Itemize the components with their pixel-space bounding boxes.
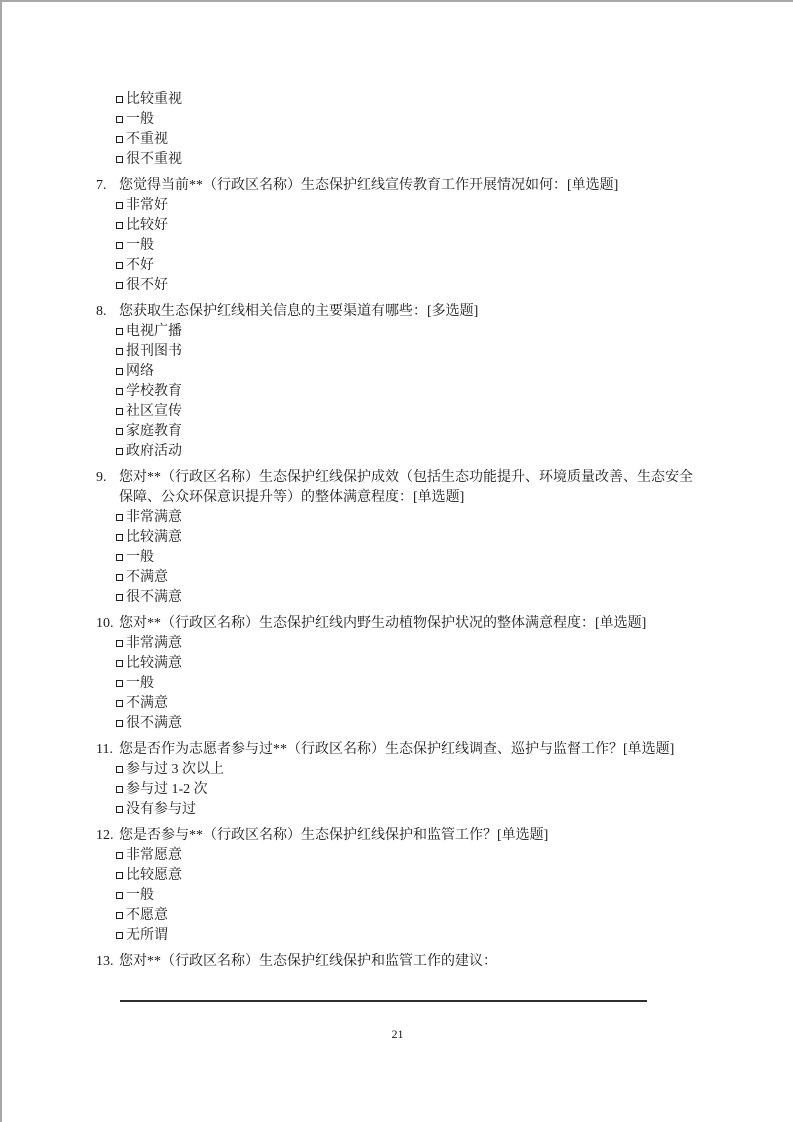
option-label: 政府活动 [126, 444, 182, 459]
question-item: 8.您获取生态保护红线相关信息的主要渠道有哪些：[多选题]电视广播报刊图书网络学… [2, 302, 793, 462]
checkbox-icon[interactable] [116, 766, 123, 773]
option-label: 很不满意 [126, 590, 182, 605]
option-item[interactable]: 不好 [116, 256, 793, 276]
option-label: 参与过 3 次以上 [126, 762, 224, 777]
option-item[interactable]: 一般 [116, 548, 793, 568]
option-group: 非常满意比较满意一般不满意很不满意 [116, 634, 793, 734]
option-item[interactable]: 很不好 [116, 276, 793, 296]
checkbox-icon[interactable] [116, 806, 123, 813]
checkbox-icon[interactable] [116, 574, 123, 581]
option-item[interactable]: 比较重视 [116, 90, 793, 110]
question-text: 您获取生态保护红线相关信息的主要渠道有哪些：[多选题] [119, 302, 705, 322]
question-header: 9.您对**（行政区名称）生态保护红线保护成效（包括生态功能提升、环境质量改善、… [96, 468, 705, 508]
option-label: 一般 [126, 676, 154, 691]
checkbox-icon[interactable] [116, 428, 123, 435]
checkbox-icon[interactable] [116, 534, 123, 541]
checkbox-icon[interactable] [116, 408, 123, 415]
checkbox-icon[interactable] [116, 156, 123, 163]
option-item[interactable]: 报刊图书 [116, 342, 793, 362]
option-item[interactable]: 很不重视 [116, 150, 793, 170]
option-item[interactable]: 一般 [116, 886, 793, 906]
option-label: 比较重视 [126, 92, 182, 107]
checkbox-icon[interactable] [116, 852, 123, 859]
option-item[interactable]: 家庭教育 [116, 422, 793, 442]
option-label: 比较满意 [126, 656, 182, 671]
option-label: 不满意 [126, 570, 168, 585]
checkbox-icon[interactable] [116, 448, 123, 455]
question-number: 7. [96, 176, 119, 196]
option-item[interactable]: 参与过 3 次以上 [116, 760, 793, 780]
option-group: 非常好比较好一般不好很不好 [116, 196, 793, 296]
checkbox-icon[interactable] [116, 720, 123, 727]
question-header: 7.您觉得当前**（行政区名称）生态保护红线宣传教育工作开展情况如何：[单选题] [96, 176, 705, 196]
option-label: 无所谓 [126, 928, 168, 943]
checkbox-icon[interactable] [116, 368, 123, 375]
option-label: 非常好 [126, 198, 168, 213]
option-label: 一般 [126, 112, 154, 127]
question-number: 8. [96, 302, 119, 322]
option-group: 参与过 3 次以上参与过 1-2 次没有参与过 [116, 760, 793, 820]
checkbox-icon[interactable] [116, 262, 123, 269]
option-item[interactable]: 很不满意 [116, 588, 793, 608]
option-label: 非常满意 [126, 636, 182, 651]
option-label: 没有参与过 [126, 802, 196, 817]
checkbox-icon[interactable] [116, 96, 123, 103]
question-list: 7.您觉得当前**（行政区名称）生态保护红线宣传教育工作开展情况如何：[单选题]… [2, 176, 793, 972]
option-item[interactable]: 比较满意 [116, 528, 793, 548]
question-item: 9.您对**（行政区名称）生态保护红线保护成效（包括生态功能提升、环境质量改善、… [2, 468, 793, 608]
checkbox-icon[interactable] [116, 660, 123, 667]
option-item[interactable]: 没有参与过 [116, 800, 793, 820]
checkbox-icon[interactable] [116, 680, 123, 687]
checkbox-icon[interactable] [116, 348, 123, 355]
option-item[interactable]: 电视广播 [116, 322, 793, 342]
checkbox-icon[interactable] [116, 700, 123, 707]
option-label: 一般 [126, 888, 154, 903]
question-header: 11.您是否作为志愿者参与过**（行政区名称）生态保护红线调查、巡护与监督工作？… [96, 740, 705, 760]
question-header: 10.您对**（行政区名称）生态保护红线内野生动植物保护状况的整体满意程度：[单… [96, 614, 705, 634]
option-label: 比较好 [126, 218, 168, 233]
checkbox-icon[interactable] [116, 222, 123, 229]
checkbox-icon[interactable] [116, 282, 123, 289]
option-label: 不好 [126, 258, 154, 273]
option-label: 报刊图书 [126, 344, 182, 359]
option-label: 家庭教育 [126, 424, 182, 439]
question-text: 您对**（行政区名称）生态保护红线保护和监管工作的建议： [119, 952, 705, 972]
option-item[interactable]: 参与过 1-2 次 [116, 780, 793, 800]
question-number: 10. [96, 614, 119, 634]
question-item: 12.您是否参与**（行政区名称）生态保护红线保护和监管工作？[单选题]非常愿意… [2, 826, 793, 946]
option-label: 一般 [126, 550, 154, 565]
option-label: 学校教育 [126, 384, 182, 399]
answer-line[interactable] [120, 1000, 647, 1002]
option-item[interactable]: 不满意 [116, 568, 793, 588]
option-item[interactable]: 不重视 [116, 130, 793, 150]
checkbox-icon[interactable] [116, 892, 123, 899]
question-item: 7.您觉得当前**（行政区名称）生态保护红线宣传教育工作开展情况如何：[单选题]… [2, 176, 793, 296]
checkbox-icon[interactable] [116, 388, 123, 395]
option-label: 比较满意 [126, 530, 182, 545]
option-label: 比较愿意 [126, 868, 182, 883]
question-number: 12. [96, 826, 119, 846]
option-item[interactable]: 政府活动 [116, 442, 793, 462]
option-label: 很不好 [126, 278, 168, 293]
question-text: 您对**（行政区名称）生态保护红线内野生动植物保护状况的整体满意程度：[单选题] [119, 614, 705, 634]
checkbox-icon[interactable] [116, 242, 123, 249]
question-header: 8.您获取生态保护红线相关信息的主要渠道有哪些：[多选题] [96, 302, 705, 322]
option-group: 非常愿意比较愿意一般不愿意无所谓 [116, 846, 793, 946]
question-text: 您觉得当前**（行政区名称）生态保护红线宣传教育工作开展情况如何：[单选题] [119, 176, 705, 196]
question-number: 13. [96, 952, 119, 972]
option-item[interactable]: 网络 [116, 362, 793, 382]
checkbox-icon[interactable] [116, 554, 123, 561]
option-label: 很不重视 [126, 152, 182, 167]
option-label: 参与过 1-2 次 [126, 782, 208, 797]
question-item: 10.您对**（行政区名称）生态保护红线内野生动植物保护状况的整体满意程度：[单… [2, 614, 793, 734]
option-label: 电视广播 [126, 324, 182, 339]
checkbox-icon[interactable] [116, 872, 123, 879]
option-item[interactable]: 不满意 [116, 694, 793, 714]
option-item[interactable]: 非常愿意 [116, 846, 793, 866]
option-label: 不愿意 [126, 908, 168, 923]
option-item[interactable]: 非常满意 [116, 508, 793, 528]
question-header: 12.您是否参与**（行政区名称）生态保护红线保护和监管工作？[单选题] [96, 826, 705, 846]
option-item[interactable]: 比较满意 [116, 654, 793, 674]
option-label: 社区宣传 [126, 404, 182, 419]
option-item[interactable]: 一般 [116, 674, 793, 694]
option-label: 很不满意 [126, 716, 182, 731]
question-text: 您对**（行政区名称）生态保护红线保护成效（包括生态功能提升、环境质量改善、生态… [119, 468, 705, 508]
option-item[interactable]: 比较愿意 [116, 866, 793, 886]
checkbox-icon[interactable] [116, 594, 123, 601]
checkbox-icon[interactable] [116, 932, 123, 939]
option-group: 电视广播报刊图书网络学校教育社区宣传家庭教育政府活动 [116, 322, 793, 462]
question-text: 您是否参与**（行政区名称）生态保护红线保护和监管工作？[单选题] [119, 826, 705, 846]
question-item: 13.您对**（行政区名称）生态保护红线保护和监管工作的建议： [2, 952, 793, 972]
option-item[interactable]: 非常好 [116, 196, 793, 216]
checkbox-icon[interactable] [116, 202, 123, 209]
option-item[interactable]: 社区宣传 [116, 402, 793, 422]
checkbox-icon[interactable] [116, 640, 123, 647]
question-number: 9. [96, 468, 119, 508]
question-text: 您是否作为志愿者参与过**（行政区名称）生态保护红线调查、巡护与监督工作？[单选… [119, 740, 705, 760]
option-group: 非常满意比较满意一般不满意很不满意 [116, 508, 793, 608]
option-item[interactable]: 无所谓 [116, 926, 793, 946]
checkbox-icon[interactable] [116, 786, 123, 793]
checkbox-icon[interactable] [116, 514, 123, 521]
option-item[interactable]: 非常满意 [116, 634, 793, 654]
option-label: 非常愿意 [126, 848, 182, 863]
option-item[interactable]: 学校教育 [116, 382, 793, 402]
question-number: 11. [96, 740, 119, 760]
question-header: 13.您对**（行政区名称）生态保护红线保护和监管工作的建议： [96, 952, 705, 972]
option-label: 一般 [126, 238, 154, 253]
option-item[interactable]: 一般 [116, 236, 793, 256]
question-item: 11.您是否作为志愿者参与过**（行政区名称）生态保护红线调查、巡护与监督工作？… [2, 740, 793, 820]
option-label: 不满意 [126, 696, 168, 711]
option-label: 不重视 [126, 132, 168, 147]
checkbox-icon[interactable] [116, 912, 123, 919]
option-label: 网络 [126, 364, 154, 379]
checkbox-icon[interactable] [116, 328, 123, 335]
document-page: 比较重视一般不重视很不重视 7.您觉得当前**（行政区名称）生态保护红线宣传教育… [0, 0, 793, 1122]
option-item[interactable]: 一般 [116, 110, 793, 130]
question-6-trailing-options: 比较重视一般不重视很不重视 [116, 90, 793, 170]
page-number: 21 [2, 1026, 793, 1042]
option-label: 非常满意 [126, 510, 182, 525]
checkbox-icon[interactable] [116, 116, 123, 123]
option-item[interactable]: 不愿意 [116, 906, 793, 926]
checkbox-icon[interactable] [116, 136, 123, 143]
option-item[interactable]: 很不满意 [116, 714, 793, 734]
option-item[interactable]: 比较好 [116, 216, 793, 236]
questionnaire-content: 比较重视一般不重视很不重视 7.您觉得当前**（行政区名称）生态保护红线宣传教育… [2, 2, 793, 1042]
